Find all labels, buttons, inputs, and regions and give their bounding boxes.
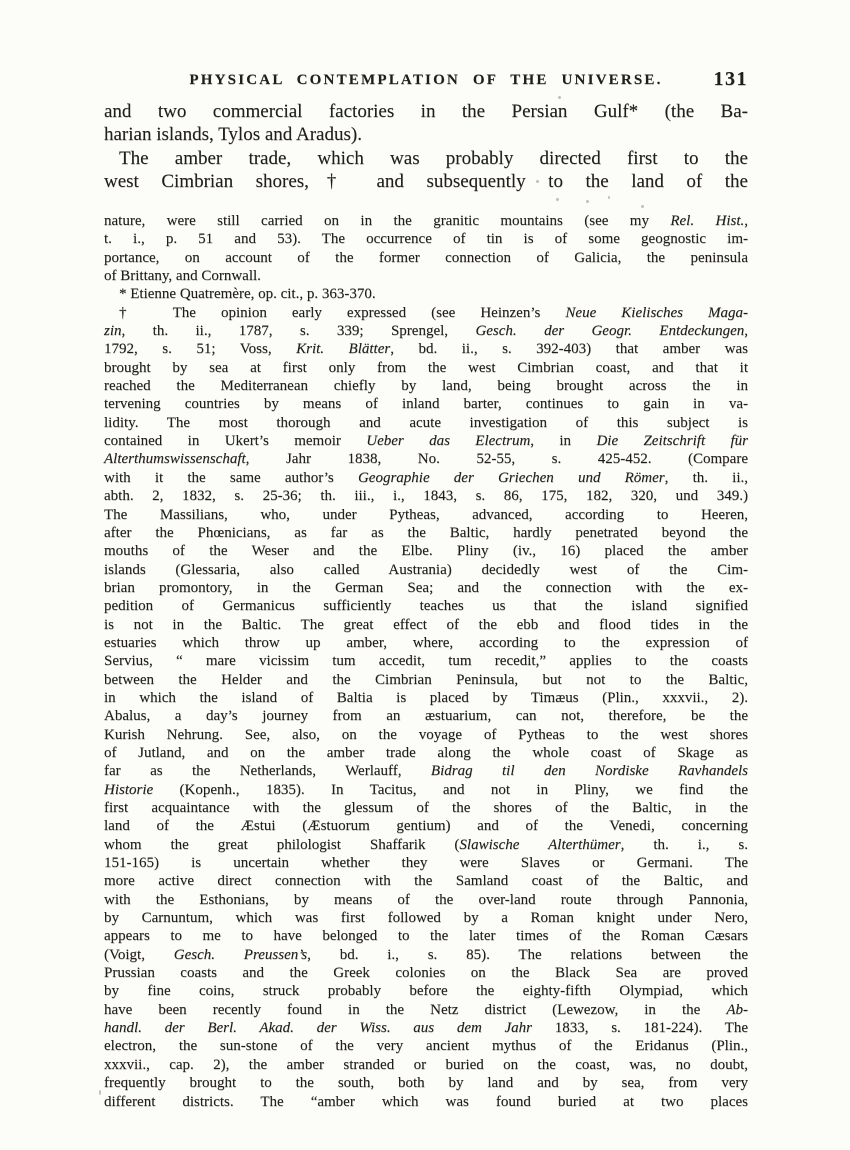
footnote-line: † The opinion early expressed (see Heinz…	[104, 304, 748, 322]
footnote-line: contained in Ukert’s memoir Ueber das El…	[104, 432, 748, 450]
footnote-line: Alterthumswissenschaft, Jahr 1838, No. 5…	[104, 450, 748, 468]
running-header: PHYSICAL CONTEMPLATION OF THE UNIVERSE. …	[104, 72, 748, 94]
footnote-line: by Carnuntum, which was first followed b…	[104, 909, 748, 927]
footnote-line: far as the Netherlands, Werlauff, Bidrag…	[104, 762, 748, 780]
footnote-line: Servius, “ mare vicissim tum accedit, tu…	[104, 652, 748, 670]
footnote-line: Historie (Kopenh., 1835). In Tacitus, an…	[104, 781, 748, 799]
footnote-line: 151-165) is uncertain whether they were …	[104, 854, 748, 872]
footnote-line: by fine coins, struck probably before th…	[104, 982, 748, 1000]
body-line: The amber trade, which was probably dire…	[104, 147, 748, 170]
footnote-line: islands (Glessaria, also called Austrani…	[104, 561, 748, 579]
footnote-line: in which the island of Baltia is placed …	[104, 689, 748, 707]
footnote-line: tervening countries by means of inland b…	[104, 395, 748, 413]
scan-speck	[536, 180, 539, 183]
footnote-line: nature, were still carried on in the gra…	[104, 212, 748, 230]
footnote-line: xxxvii., cap. 2), the amber stranded or …	[104, 1056, 748, 1074]
footnote-line: handl. der Berl. Akad. der Wiss. aus dem…	[104, 1019, 748, 1037]
footnote-line: lidity. The most thorough and acute inve…	[104, 414, 748, 432]
footnote-line: whom the great philologist Shaffarik (Sl…	[104, 836, 748, 854]
scan-speck	[608, 196, 610, 199]
footnote-line: land of the Æstui (Æstuorum gentium) and…	[104, 817, 748, 835]
scan-speck	[641, 205, 644, 208]
footnote-line: (Voigt, Gesch. Preussen’s, bd. i., s. 85…	[104, 946, 748, 964]
scan-speck	[558, 96, 561, 99]
header-title: PHYSICAL CONTEMPLATION OF THE UNIVERSE.	[104, 72, 748, 89]
footnote-line: electron, the sun-stone of the very anci…	[104, 1037, 748, 1055]
footnote-line: The Massilians, who, under Pytheas, adva…	[104, 506, 748, 524]
footnote-line: first acquaintance with the glessum of t…	[104, 799, 748, 817]
footnote-line: 1792, s. 51; Voss, Krit. Blätter, bd. ii…	[104, 340, 748, 358]
footnote-line: after the Phœnicians, as far as the Balt…	[104, 524, 748, 542]
footnote-line: abth. 2, 1832, s. 25-36; th. iii., i., 1…	[104, 487, 748, 505]
footnote-line: with it the same author’s Geographie der…	[104, 469, 748, 487]
footnote-line: t. i., p. 51 and 53). The occurrence of …	[104, 230, 748, 248]
footnote-line: with the Esthonians, by means of the ove…	[104, 891, 748, 909]
footnote-line: more active direct connection with the S…	[104, 872, 748, 890]
scan-speck	[586, 200, 589, 203]
footnote-line: appears to me to have belonged to the la…	[104, 927, 748, 945]
footnote-line: frequently brought to the south, both by…	[104, 1074, 748, 1092]
page-number: 131	[714, 68, 749, 91]
body-line: harian islands, Tylos and Aradus).	[104, 123, 748, 146]
footnote-line: Prussian coasts and the Greek colonies o…	[104, 964, 748, 982]
footnote-line: portance, on account of the former conne…	[104, 249, 748, 267]
footnote-line: different districts. The “amber which wa…	[104, 1093, 748, 1111]
footnote-line: brian promontory, in the German Sea; and…	[104, 579, 748, 597]
footnote-line: have been recently found in the Netz dis…	[104, 1001, 748, 1019]
footnote-line: Abalus, a day’s journey from an æstuariu…	[104, 707, 748, 725]
scan-speck	[556, 198, 559, 201]
footnote-line: pedition of Germanicus sufficiently teac…	[104, 597, 748, 615]
footnote-line: is not in the Baltic. The great effect o…	[104, 616, 748, 634]
body-line: west Cimbrian shores,† and subsequently …	[104, 170, 748, 193]
footnote-line: zin, th. ii., 1787, s. 339; Sprengel, Ge…	[104, 322, 748, 340]
footnote-line: of Brittany, and Cornwall.	[104, 267, 748, 285]
footnote-line: reached the Mediterranean chiefly by lan…	[104, 377, 748, 395]
book-page: PHYSICAL CONTEMPLATION OF THE UNIVERSE. …	[0, 0, 850, 1150]
footnote-text: nature, were still carried on in the gra…	[104, 212, 748, 1111]
footnote-line: of Jutland, and on the amber trade along…	[104, 744, 748, 762]
footnote-line: estuaries which throw up amber, where, a…	[104, 634, 748, 652]
footnote-line: Kurish Nehrung. See, also, on the voyage…	[104, 726, 748, 744]
footnote-line: brought by sea at first only from the we…	[104, 359, 748, 377]
body-text: and two commercial factories in the Pers…	[104, 100, 748, 194]
footnote-line: mouths of the Weser and the Elbe. Pliny …	[104, 542, 748, 560]
footnote-line: * Etienne Quatremère, op. cit., p. 363-3…	[104, 285, 748, 303]
footnote-line: between the Helder and the Cimbrian Peni…	[104, 671, 748, 689]
body-line: and two commercial factories in the Pers…	[104, 100, 748, 123]
scan-speck	[99, 1090, 101, 1095]
